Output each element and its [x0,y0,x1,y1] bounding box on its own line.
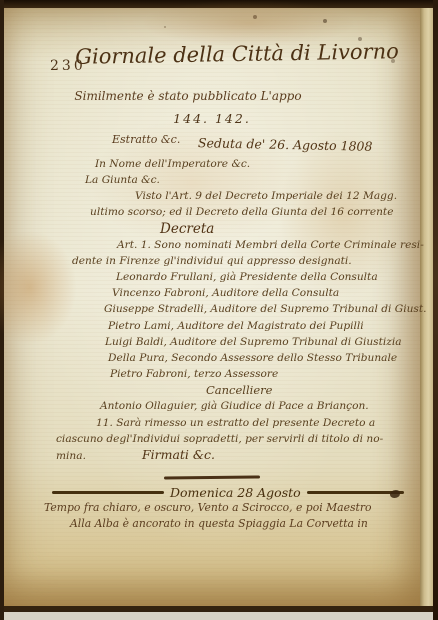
appointee-line: Antonio Ollaguier, già Giudice di Pace a… [48,398,414,414]
decree-line: Visto l'Art. 9 del Decreto Imperiale dei… [48,188,414,204]
decree-line: Art. 1. Sono nominati Membri della Corte… [48,237,414,253]
decree-line: ciascuno degl'Individui sopradetti, per … [48,431,414,447]
divider-rule [164,475,260,479]
photo-top-border [0,0,438,8]
signature-line: Firmati &c. [142,447,215,462]
appointee-line: Della Pura, Secondo Assessore dello Stes… [48,350,414,366]
photo-right-border [433,0,438,620]
appointee-line: Vincenzo Fabroni, Auditore della Consult… [48,285,414,301]
entry-date-divider: Domenica 28 Agosto [52,485,404,500]
extract-header: Estratto &c.Seduta de' 26. Agosto 1808 [48,131,373,146]
decree-line: dente in Firenze gl'individui qui appres… [48,253,414,269]
chancellor-heading: Cancelliere [48,382,414,398]
appointee-line: Pietro Fabroni, terzo Assessore [48,366,414,382]
entry-date: Domenica 28 Agosto [170,485,301,500]
publication-note: Similmente è stato pubblicato L'appo [40,89,336,103]
weather-line: Tempo fra chiaro, e oscuro, Vento a Scir… [44,501,372,514]
extract-label: Estratto &c. [112,133,180,146]
reference-numbers: 144. 142. [64,111,360,126]
decree-heading: Decreta [48,221,414,237]
closing-word: mina. [56,450,86,462]
appointee-line: Luigi Baldi, Auditore del Supremo Tribun… [48,334,414,350]
appointee-line: Leonardo Frullani, già Presidente della … [48,269,414,285]
paper-specks [4,8,6,10]
arrival-line: Alla Alba è ancorato in questa Spiaggia … [70,517,368,530]
decree-line: 11. Sarà rimesso un estratto del present… [48,415,414,431]
decree-body: In Nome dell'Imperatore &c. La Giunta &c… [48,156,414,464]
journal-title: Giornale della Città di Livorno [70,39,404,69]
decree-line: La Giunta &c. [48,172,414,188]
closing-line: mina.Firmati &c. [48,447,414,464]
appointee-line: Giuseppe Stradelli, Auditore del Supremo… [48,301,414,317]
appointee-line: Pietro Lami, Auditore del Magistrato dei… [48,318,414,334]
session-date: Seduta de' 26. Agosto 1808 [198,135,373,154]
decree-line: ultimo scorso; ed il Decreto della Giunt… [48,204,414,220]
manuscript-page: 230 Giornale della Città di Livorno Simi… [4,8,420,606]
decree-line: In Nome dell'Imperatore &c. [48,156,414,172]
manuscript-photo: 230 Giornale della Città di Livorno Simi… [0,0,438,620]
divider-rule [52,491,164,494]
photo-bottom-strip [0,612,438,620]
